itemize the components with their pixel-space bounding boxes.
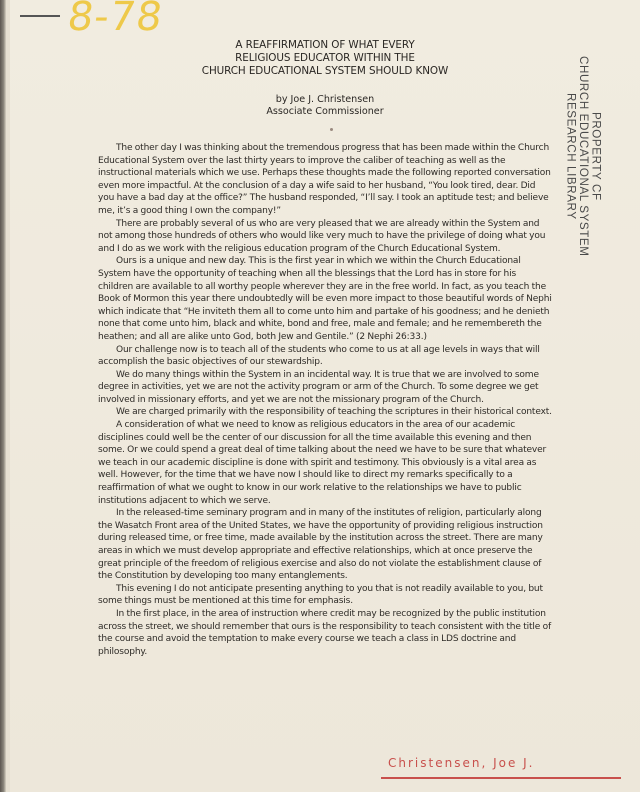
- paragraph: The other day I was thinking about the t…: [98, 142, 552, 218]
- paragraph: A consideration of what we need to know …: [98, 419, 552, 507]
- paragraph: Our challenge now is to teach all of the…: [98, 344, 552, 369]
- pencil-dash-mark: [20, 15, 60, 17]
- paragraph: In the first place, in the area of instr…: [98, 608, 552, 658]
- paragraph: Ours is a unique and new day. This is th…: [98, 255, 552, 343]
- library-stamp: PROPERTY CF CHURCH EDUCATIONAL SYSTEM RE…: [564, 56, 602, 257]
- paragraph: We do many things within the System in a…: [98, 369, 552, 407]
- title-line: RELIGIOUS EDUCATOR WITHIN THE: [100, 52, 550, 65]
- stamp-line: PROPERTY CF: [589, 56, 602, 257]
- signature-underline: [381, 777, 621, 779]
- handwritten-date: 8-78: [65, 0, 166, 40]
- title-line: CHURCH EDUCATIONAL SYSTEM SHOULD KNOW: [100, 65, 550, 78]
- body-text: The other day I was thinking about the t…: [98, 142, 552, 658]
- separator-dot: [330, 128, 333, 131]
- document-title: A REAFFIRMATION OF WHAT EVERY RELIGIOUS …: [100, 39, 550, 78]
- paragraph: We are charged primarily with the respon…: [98, 406, 552, 419]
- stamp-line: CHURCH EDUCATIONAL SYSTEM: [577, 56, 590, 257]
- paragraph: There are probably several of us who are…: [98, 218, 552, 256]
- title-line: A REAFFIRMATION OF WHAT EVERY: [100, 39, 550, 52]
- author-title: Associate Commissioner: [200, 106, 450, 118]
- paragraph: This evening I do not anticipate present…: [98, 583, 552, 608]
- author-name: by Joe J. Christensen: [200, 94, 450, 106]
- handwritten-signature: Christensen, Joe J.: [388, 756, 535, 770]
- byline: by Joe J. Christensen Associate Commissi…: [200, 94, 450, 118]
- stamp-line: RESEARCH LIBRARY: [564, 56, 577, 257]
- paragraph: In the released-time seminary program an…: [98, 507, 552, 583]
